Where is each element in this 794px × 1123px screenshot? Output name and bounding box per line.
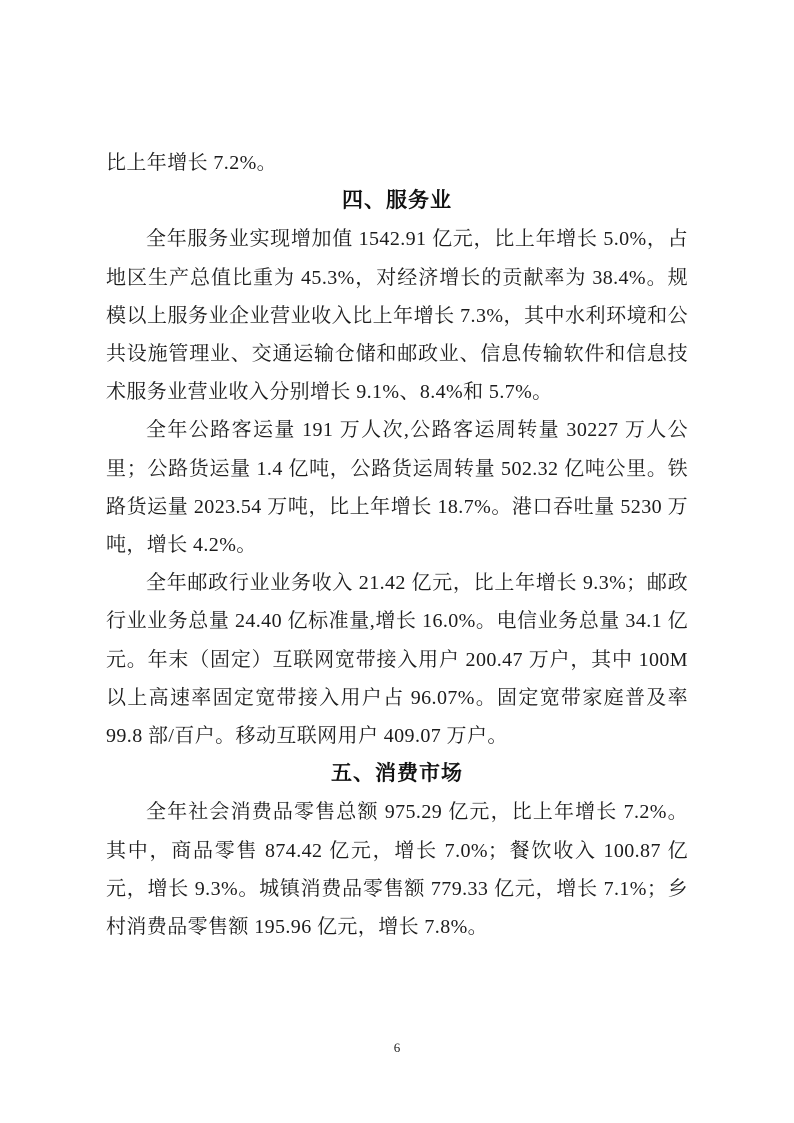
paragraph-transport: 全年公路客运量 191 万人次,公路客运周转量 30227 万人公里；公路货运量…: [106, 411, 688, 564]
section-heading-services: 四、服务业: [106, 182, 688, 220]
section-heading-consumer-market: 五、消费市场: [106, 755, 688, 793]
page-body: 比上年增长 7.2%。 四、服务业 全年服务业实现增加值 1542.91 亿元，…: [106, 144, 688, 946]
paragraph-post-telecom: 全年邮政行业业务收入 21.42 亿元，比上年增长 9.3%；邮政行业业务总量 …: [106, 564, 688, 755]
page-footer: 6: [0, 1039, 794, 1057]
page-number: 6: [394, 1040, 401, 1055]
paragraph-retail-sales: 全年社会消费品零售总额 975.29 亿元，比上年增长 7.2%。其中，商品零售…: [106, 793, 688, 946]
paragraph-services-value-added: 全年服务业实现增加值 1542.91 亿元，比上年增长 5.0%，占地区生产总值…: [106, 220, 688, 411]
document-page: 比上年增长 7.2%。 四、服务业 全年服务业实现增加值 1542.91 亿元，…: [0, 0, 794, 1123]
paragraph-continuation: 比上年增长 7.2%。: [106, 144, 688, 182]
